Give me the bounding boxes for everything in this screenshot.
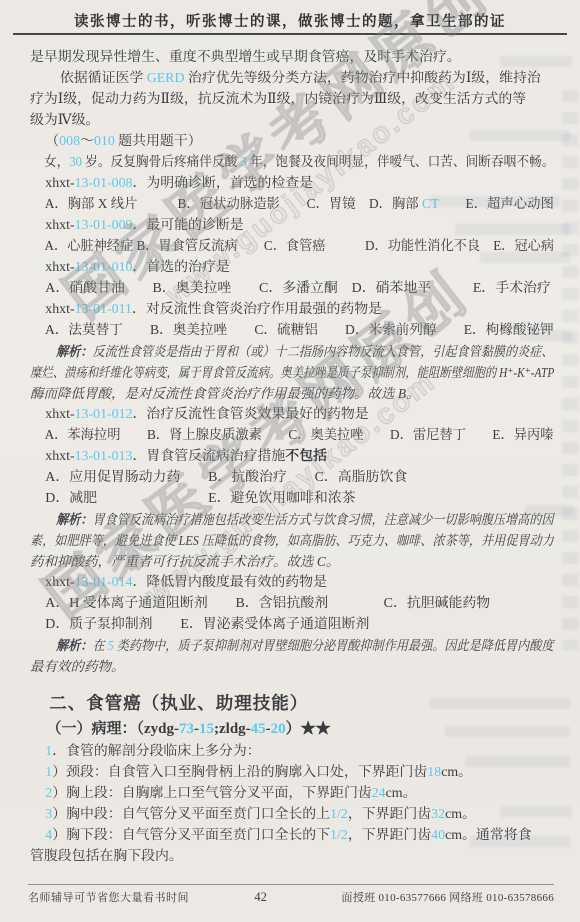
highlighted-number: 20 <box>271 721 286 737</box>
highlighted-number: 13-01-009 <box>75 218 133 233</box>
options-line: D．质子泵抑制剂 E．胃泌素受体离子通道阻断剂 <box>30 614 554 635</box>
text-segment: 在 <box>92 638 107 653</box>
highlighted-number: 45 <box>251 721 266 737</box>
analysis-line: 素，如肥胖等，避免进食使 LES 压降低的食物，如高脂肪、巧克力、咖啡、浓茶等，… <box>30 530 554 551</box>
text-segment: ．首选的治疗是 <box>132 260 229 275</box>
subsection-heading: （一）病理：（zydg-73-15;zldg-45-20）★★ <box>30 717 554 741</box>
text-segment: 岁。反复胸骨后疼痛伴反酸 <box>82 155 241 170</box>
text-segment: 类药物中，质子泵抑制剂对胃壁细胞分泌胃酸抑制作用最强。因此是降低胃内酸度 <box>114 638 554 653</box>
highlighted-number: CT <box>422 197 439 212</box>
text-segment: 治疗优先等级分类方法，药物治疗中抑酸药为Ⅰ级，维持治 <box>185 71 541 86</box>
text-segment: 年，饱餐及夜间明显，伴嗳气、口苦、间断吞咽不畅。 <box>247 155 555 170</box>
text-segment: 反流性食管炎是指由于胃和（或）十二指肠内容物反流入食管，引起食管黏膜的炎症、 <box>92 344 553 359</box>
highlighted-number: 18 <box>427 765 441 780</box>
text-segment: 糜烂、溃疡和纤维化等病变，属于胃食管反流病。奥美拉唑是质子泵抑制剂，能阻断壁细胞… <box>30 365 554 380</box>
list-item-line: 管腹段包括在胸下段内。 <box>30 846 554 867</box>
body-line: 依据循证医学 GERD 治疗优先等级分类方法，药物治疗中抑酸药为Ⅰ级，维持治 <box>30 68 554 89</box>
analysis-line: 解析：胃食管反流病治疗措施包括改变生活方式与饮食习惯，注意减少一切影响腹压增高的… <box>30 509 554 530</box>
options-line: A．胸部 X 线片 B．冠状动脉造影 C．胃镜 D．胸部 CT E．超声心动图 <box>30 194 554 215</box>
text-segment: ）颈段：自食管入口至胸骨柄上沿的胸廓入口处，下界距门齿 <box>52 765 427 780</box>
text-segment: D．减肥 E．避免饮用咖啡和浓茶 <box>45 491 355 506</box>
analysis-line: 酶而降低胃酸，是对反流性食管炎治疗作用最强的药物。故选 B。 <box>30 383 554 404</box>
question-line: xhxt-13-01-013．胃食管反流病治疗措施不包括 <box>30 446 554 467</box>
highlighted-number: 13-01-013 <box>75 449 133 464</box>
analysis-line: 解析：在 5 类药物中，质子泵抑制剂对胃壁细胞分泌胃酸抑制作用最强。因此是降低胃… <box>30 635 554 656</box>
highlighted-number: 1/2 <box>330 807 348 822</box>
highlighted-number: 32 <box>431 807 445 822</box>
question-line: xhxt-13-01-011．对反流性食管炎治疗作用最强的药物是 <box>30 299 554 320</box>
highlighted-number: 13-01-012 <box>75 407 133 422</box>
highlighted-number: 1/2 <box>330 828 348 843</box>
analysis-line: 解析：反流性食管炎是指由于胃和（或）十二指肠内容物反流入食管，引起食管黏膜的炎症… <box>30 341 554 362</box>
text-segment: ．治疗反流性食管炎效果最好的药物是 <box>132 407 368 422</box>
text-segment: xhxt- <box>45 575 74 590</box>
text-segment: ，下界距门齿 <box>348 807 431 822</box>
list-item-line: 1．食管的解剖分段临床上多分为： <box>30 741 554 762</box>
header-rule <box>13 33 567 35</box>
body-line: 级为Ⅳ级。 <box>30 110 554 131</box>
text-segment: ）胸中段：自气管分叉平面至贲门口全长的上 <box>52 807 330 822</box>
question-line: xhxt-13-01-008．为明确诊断，首选的检查是 <box>30 173 554 194</box>
body-line: 疗为Ⅰ级，促动力药为Ⅱ级，抗反流术为Ⅱ级，内镜治疗为Ⅲ级，改变生活方式的等 <box>30 89 554 110</box>
options-line: A．法莫替丁 B．奥美拉唑 C．硫糖铝 D．米索前列醇 E．枸橼酸铋钾 <box>30 320 554 341</box>
text-segment: 二、食管癌（执业、助理技能） <box>49 693 308 713</box>
text-segment: xhxt- <box>45 407 74 422</box>
text-segment: 解析： <box>56 638 92 653</box>
text-segment: 药和抑酸药，严重者可行抗反流手术治疗。故选 C。 <box>30 554 339 569</box>
text-segment: 题共用题干） <box>115 134 202 149</box>
options-line: A．H 受体离子通道阻断剂 B．含铝抗酸剂 C．抗胆碱能药物 <box>30 593 554 614</box>
options-line: A．应用促胃肠动力药 B．抗酸治疗 C．高脂肪饮食 <box>30 467 554 488</box>
bleed-through-margin-column <box>562 90 578 650</box>
scanned-book-page: 国家医学考网原创 www.guojiayikao.com 国家医学考网原创 ww… <box>0 0 580 922</box>
document-body: 是早期发现异性增生、重度不典型增生或早期食管癌，及时手术治疗。依据循证医学 GE… <box>30 47 554 867</box>
highlighted-number: 13-01-011 <box>75 302 132 317</box>
text-segment: ，下界距门齿 <box>348 828 431 843</box>
options-line: A．苯海拉明 B．肾上腺皮质激素 C．奥美拉唑 D．雷尼替丁 E．异丙嗪 <box>30 425 554 446</box>
text-segment: A．苯海拉明 B．肾上腺皮质激素 C．奥美拉唑 D．雷尼替丁 E．异丙嗪 <box>45 428 554 443</box>
text-segment: 级为Ⅳ级。 <box>30 113 99 128</box>
body-line: 是早期发现异性增生、重度不典型增生或早期食管癌，及时手术治疗。 <box>30 47 554 68</box>
highlighted-number: 15 <box>199 721 214 737</box>
section-heading: 二、食管癌（执业、助理技能） <box>30 686 554 717</box>
text-segment: ．食管的解剖分段临床上多分为： <box>52 744 260 759</box>
text-segment: 依据循证医学 <box>60 71 147 86</box>
analysis-line: 最有效的药物。 <box>30 656 554 677</box>
text-segment: xhxt- <box>45 302 74 317</box>
text-segment: 解析： <box>56 344 92 359</box>
question-line: xhxt-13-01-009．最可能的诊断是 <box>30 215 554 236</box>
case-stem-line: 女，30 岁。反复胸骨后疼痛伴反酸 3 年，饱餐及夜间明显，伴嗳气、口苦、间断吞… <box>30 152 554 173</box>
text-segment: xhxt- <box>45 176 74 191</box>
text-segment: 解析： <box>56 512 92 527</box>
highlighted-number: 13-01-010 <box>75 260 133 275</box>
highlighted-number: 008 <box>59 134 80 149</box>
list-item-line: 1）颈段：自食管入口至胸骨柄上沿的胸廓入口处，下界距门齿18cm。 <box>30 762 554 783</box>
page-footer: 名师辅导可节省您大量看书时间 42 面授班 010-63577666 网络班 0… <box>28 889 554 905</box>
text-segment: A．法莫替丁 B．奥美拉唑 C．硫糖铝 D．米索前列醇 E．枸橼酸铋钾 <box>45 323 554 338</box>
text-segment: A．硝酸甘油 B．奥美拉唑 C．多潘立酮 D．硝苯地平 E．手术治疗 <box>45 281 550 296</box>
text-segment: A．应用促胃肠动力药 B．抗酸治疗 C．高脂肪饮食 <box>45 470 407 485</box>
list-item-line: 3）胸中段：自气管分叉平面至贲门口全长的上1/2，下界距门齿32cm。 <box>30 804 554 825</box>
text-segment: E．超声心动图 <box>439 197 554 212</box>
highlighted-number: 73 <box>179 721 194 737</box>
list-item-line: 4）胸下段：自气管分叉平面至贲门口全长的下1/2，下界距门齿40cm。通常将食 <box>30 825 554 846</box>
text-segment: 胃食管反流病治疗措施包括改变生活方式与饮食习惯，注意减少一切影响腹压增高的因 <box>92 512 553 527</box>
highlighted-number: 13-01-014 <box>75 575 133 590</box>
text-segment: xhxt- <box>45 260 74 275</box>
footer-rule <box>28 884 554 885</box>
text-segment: xhxt- <box>45 218 74 233</box>
text-segment: 最有效的药物。 <box>30 659 125 674</box>
text-segment: 女， <box>44 155 69 170</box>
text-segment: 不包括 <box>285 449 327 464</box>
text-segment: ．最可能的诊断是 <box>132 218 243 233</box>
analysis-line: 药和抑酸药，严重者可行抗反流手术治疗。故选 C。 <box>30 551 554 572</box>
text-segment: ）胸上段：自胸廓上口至气管分叉平面，下界距门齿 <box>52 786 372 801</box>
text-segment: ．对反流性食管炎治疗作用最强的药物是 <box>132 302 382 317</box>
page-number: 42 <box>231 890 291 905</box>
question-line: xhxt-13-01-012．治疗反流性食管炎效果最好的药物是 <box>30 404 554 425</box>
options-line: D．减肥 E．避免饮用咖啡和浓茶 <box>30 488 554 509</box>
options-line: A．心脏神经症 B．胃食管反流病 C．食管癌 D．功能性消化不良 E．冠心病 <box>30 236 554 257</box>
spacer <box>30 677 554 686</box>
highlighted-number: 13-01-008 <box>75 176 133 191</box>
text-segment: A．心脏神经症 B．胃食管反流病 C．食管癌 D．功能性消化不良 E．冠心病 <box>45 239 555 254</box>
text-segment: cm。 <box>441 765 472 780</box>
text-segment: 酶而降低胃酸，是对反流性食管炎治疗作用最强的药物。故选 B。 <box>30 386 420 401</box>
text-segment: ．降低胃内酸度最有效的药物是 <box>132 575 326 590</box>
page-header-slogan: 读张博士的书，听张博士的课，做张博士的题，拿卫生部的证 <box>0 10 580 31</box>
highlighted-number: 010 <box>94 134 115 149</box>
text-segment: A．胸部 X 线片 B．冠状动脉造影 C．胃镜 D．胸部 <box>45 197 422 212</box>
text-segment: A．H 受体离子通道阻断剂 B．含铝抗酸剂 C．抗胆碱能药物 <box>45 596 490 611</box>
text-segment: ;zldg- <box>214 721 251 737</box>
text-segment: （一）病理：（zydg- <box>47 721 180 737</box>
highlighted-number: 24 <box>372 786 386 801</box>
text-segment: 疗为Ⅰ级，促动力药为Ⅱ级，抗反流术为Ⅱ级，内镜治疗为Ⅲ级，改变生活方式的等 <box>30 92 526 107</box>
text-segment: D．质子泵抑制剂 E．胃泌素受体离子通道阻断剂 <box>45 617 369 632</box>
text-segment: xhxt- <box>45 449 74 464</box>
footer-contact-info: 面授班 010-63577666 网络班 010-63578666 <box>291 889 554 905</box>
highlighted-number: GERD <box>147 71 185 86</box>
text-segment: 素，如肥胖等，避免进食使 LES 压降低的食物，如高脂肪、巧克力、咖啡、浓茶等，… <box>30 533 554 548</box>
options-line: A．硝酸甘油 B．奥美拉唑 C．多潘立酮 D．硝苯地平 E．手术治疗 <box>30 278 554 299</box>
list-item-line: 2）胸上段：自胸廓上口至气管分叉平面，下界距门齿24cm。 <box>30 783 554 804</box>
shared-stem-note: （008～010 题共用题干） <box>30 131 554 152</box>
highlighted-number: 40 <box>431 828 445 843</box>
footer-left-note: 名师辅导可节省您大量看书时间 <box>28 889 231 905</box>
text-segment: ）胸下段：自气管分叉平面至贲门口全长的下 <box>52 828 330 843</box>
text-segment: ．胃食管反流病治疗措施 <box>132 449 285 464</box>
question-line: xhxt-13-01-014．降低胃内酸度最有效的药物是 <box>30 572 554 593</box>
text-segment: 是早期发现异性增生、重度不典型增生或早期食管癌，及时手术治疗。 <box>30 50 461 65</box>
text-segment: ～ <box>80 134 94 149</box>
text-segment: 管腹段包括在胸下段内。 <box>30 849 183 864</box>
analysis-line: 糜烂、溃疡和纤维化等病变，属于胃食管反流病。奥美拉唑是质子泵抑制剂，能阻断壁细胞… <box>30 362 554 383</box>
text-segment: cm。 <box>445 807 476 822</box>
text-segment: ．为明确诊断，首选的检查是 <box>132 176 313 191</box>
text-segment: ）★★ <box>286 721 331 737</box>
highlighted-number: 30 <box>69 155 82 170</box>
question-line: xhxt-13-01-010．首选的治疗是 <box>30 257 554 278</box>
text-segment: （ <box>45 134 59 149</box>
text-segment: cm。通常将食 <box>445 828 531 843</box>
text-segment: cm。 <box>386 786 417 801</box>
